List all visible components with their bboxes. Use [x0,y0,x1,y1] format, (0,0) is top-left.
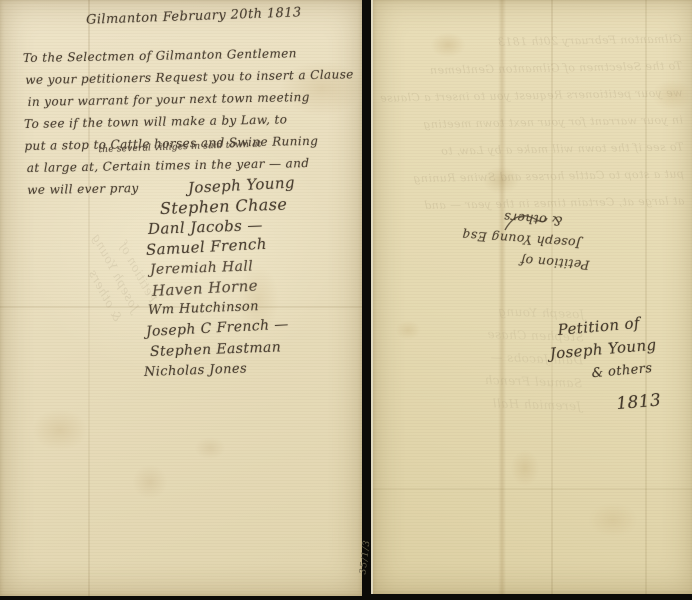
document-scan: Gilmanton February 20th 1813 To the Sele… [0,0,692,600]
petition-page: Gilmanton February 20th 1813 To the Sele… [0,0,362,596]
fold-crease [551,0,553,594]
dateline: Gilmanton February 20th 1813 [86,5,302,28]
docket-year: 1813 [615,387,687,416]
ink-bleedthrough: Gilmanton February 20th 1813 To the Sele… [381,25,684,219]
docket-page: Gilmanton February 20th 1813 To the Sele… [371,0,692,594]
signature-list: Joseph Young Stephen Chase Danl Jacobs —… [140,178,295,383]
fold-crease [645,0,647,594]
docket-title: Petition of Joseph Young & others 1813 [547,308,687,421]
fold-crease [373,488,692,490]
flourish-stroke [503,212,549,236]
